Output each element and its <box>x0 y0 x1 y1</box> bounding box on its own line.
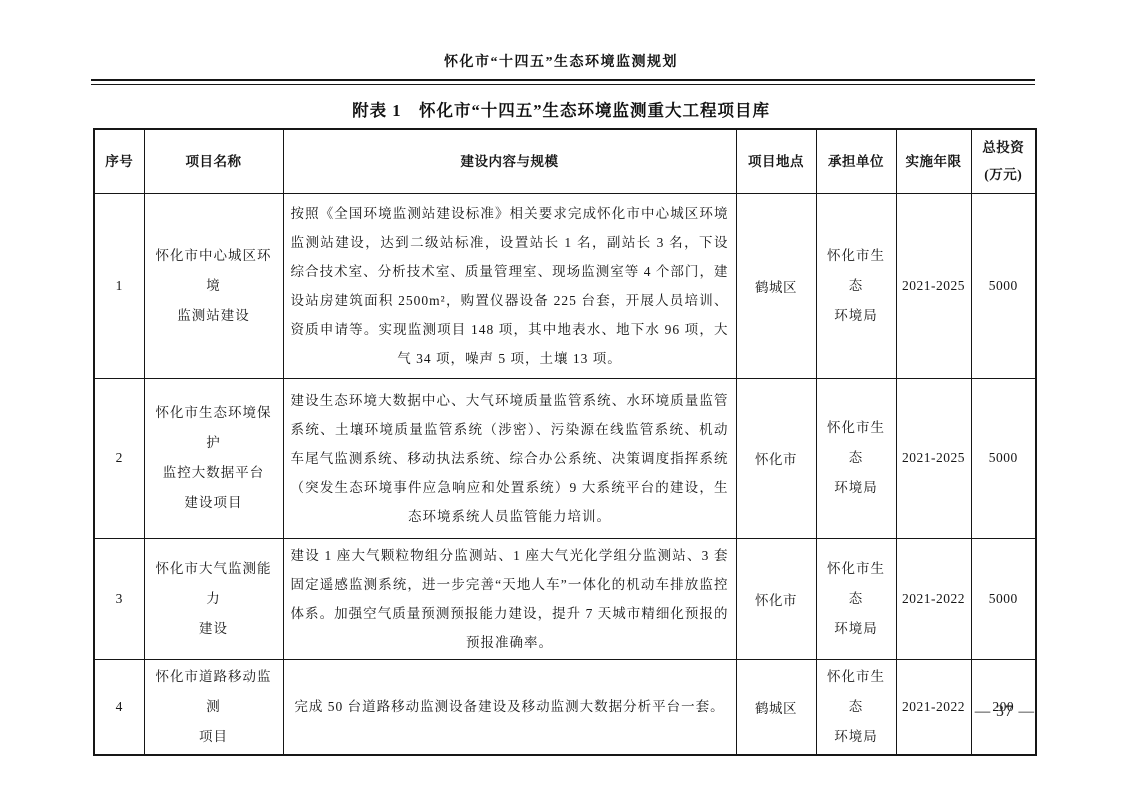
cell-years: 2021-2022 <box>896 538 971 659</box>
cell-serial-number: 3 <box>94 538 144 659</box>
col-header-unit: 承担单位 <box>816 129 896 193</box>
page-footer: — 37 — <box>93 703 1035 721</box>
col-header-location: 项目地点 <box>736 129 816 193</box>
col-header-serial-number: 序号 <box>94 129 144 193</box>
cell-unit: 怀化市生态 环境局 <box>816 378 896 538</box>
cell-serial-number: 1 <box>94 193 144 378</box>
cell-content: 建设 1 座大气颗粒物组分监测站、1 座大气光化学组分监测站、3 套固定遥感监测… <box>283 538 736 659</box>
cell-content: 建设生态环境大数据中心、大气环境质量监管系统、水环境质量监管系统、土壤环境质量监… <box>283 378 736 538</box>
cell-content: 按照《全国环境监测站建设标准》相关要求完成怀化市中心城区环境监测站建设，达到二级… <box>283 193 736 378</box>
cell-location: 怀化市 <box>736 538 816 659</box>
page-number: — 37 — <box>975 703 1035 720</box>
cell-serial-number: 2 <box>94 378 144 538</box>
table-row: 3 怀化市大气监测能力 建设 建设 1 座大气颗粒物组分监测站、1 座大气光化学… <box>94 538 1036 659</box>
cell-location: 怀化市 <box>736 378 816 538</box>
cell-project-name: 怀化市大气监测能力 建设 <box>144 538 283 659</box>
cell-investment: 5000 <box>971 193 1036 378</box>
cell-investment: 5000 <box>971 378 1036 538</box>
cell-project-name: 怀化市中心城区环境 监测站建设 <box>144 193 283 378</box>
cell-project-name: 怀化市生态环境保护 监控大数据平台 建设项目 <box>144 378 283 538</box>
table-title: 附表 1 怀化市“十四五”生态环境监测重大工程项目库 <box>0 97 1122 121</box>
cell-years: 2021-2025 <box>896 378 971 538</box>
col-header-project-name: 项目名称 <box>144 129 283 193</box>
cell-location: 鹤城区 <box>736 193 816 378</box>
cell-years: 2021-2025 <box>896 193 971 378</box>
header-double-rule <box>91 79 1035 85</box>
cell-unit: 怀化市生态 环境局 <box>816 193 896 378</box>
table-row: 1 怀化市中心城区环境 监测站建设 按照《全国环境监测站建设标准》相关要求完成怀… <box>94 193 1036 378</box>
page-header-title: 怀化市“十四五”生态环境监测规划 <box>0 51 1122 71</box>
col-header-investment: 总投资 (万元) <box>971 129 1036 193</box>
project-table: 序号 项目名称 建设内容与规模 项目地点 承担单位 实施年限 总投资 (万元) … <box>93 128 1037 756</box>
cell-investment: 5000 <box>971 538 1036 659</box>
col-header-content-scale: 建设内容与规模 <box>283 129 736 193</box>
table-header-row: 序号 项目名称 建设内容与规模 项目地点 承担单位 实施年限 总投资 (万元) <box>94 129 1036 193</box>
table-row: 2 怀化市生态环境保护 监控大数据平台 建设项目 建设生态环境大数据中心、大气环… <box>94 378 1036 538</box>
document-page: 怀化市“十四五”生态环境监测规划 附表 1 怀化市“十四五”生态环境监测重大工程… <box>0 0 1122 793</box>
cell-unit: 怀化市生态 环境局 <box>816 538 896 659</box>
col-header-years: 实施年限 <box>896 129 971 193</box>
